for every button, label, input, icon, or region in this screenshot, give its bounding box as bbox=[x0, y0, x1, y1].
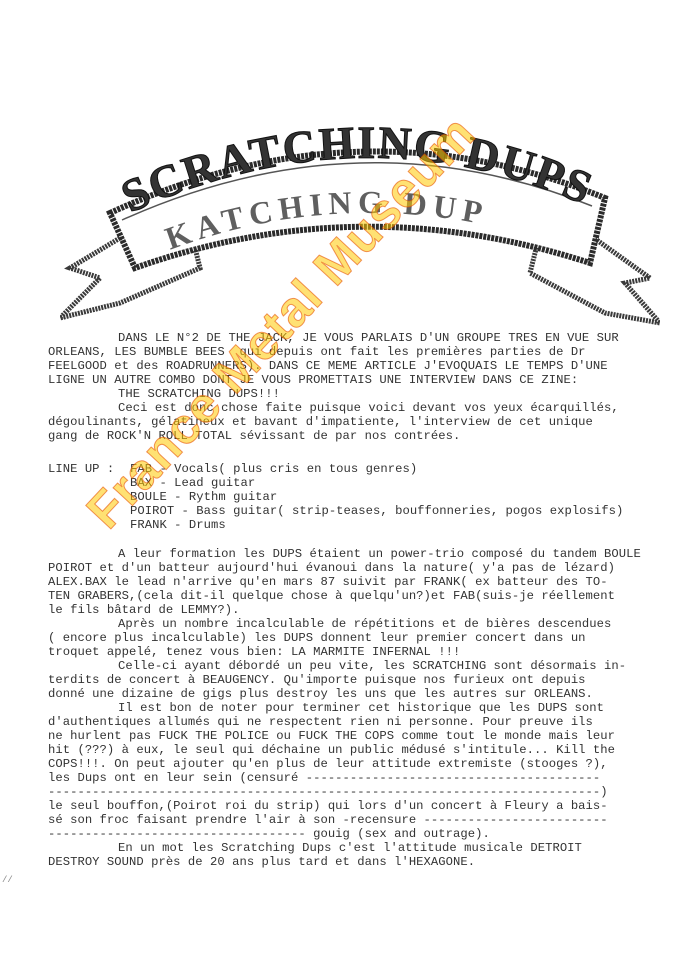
history-line: ( encore plus incalculable) les DUPS don… bbox=[48, 631, 586, 645]
intro-line: LIGNE UN AUTRE COMBO DONT JE VOUS PROMET… bbox=[48, 373, 578, 387]
history-line: ----------------------------------------… bbox=[48, 785, 608, 799]
history-line: TEN GRABERS,(cela dit-il quelque chose à… bbox=[48, 589, 615, 603]
history-line: terdits de concert à BEAUGENCY. Qu'impor… bbox=[48, 673, 586, 687]
history-line: donné une dizaine de gigs plus destroy l… bbox=[48, 687, 593, 701]
history-line: DESTROY SOUND près de 20 ans plus tard e… bbox=[48, 855, 475, 869]
intro-line: gang de ROCK'N ROLL TOTAL sévissant de p… bbox=[48, 429, 460, 443]
scratching-dups-ribbon-logo: SCRATCHING DUPS KATCHING DUP bbox=[60, 118, 660, 328]
margin-mark: // bbox=[2, 875, 13, 885]
intro-line: THE SCRATCHING DUPS!!! bbox=[118, 387, 280, 401]
history-line: ALEX.BAX le lead n'arrive qu'en mars 87 … bbox=[48, 575, 608, 589]
intro-line: ORLEANS, LES BUMBLE BEES qui depuis ont … bbox=[48, 345, 586, 359]
history-line: ----------------------------------- goui… bbox=[48, 827, 490, 841]
history-line: hit (???) à eux, le seul qui déchaine un… bbox=[48, 743, 615, 757]
intro-line: dégoulinants, gélatineux et bavant d'imp… bbox=[48, 415, 593, 429]
zine-page: SCRATCHING DUPS KATCHING DUP DANS LE N°2… bbox=[0, 0, 700, 980]
history-line: le fils bâtard de LEMMY?). bbox=[48, 603, 239, 617]
lineup-member: BOULE - Rythm guitar bbox=[130, 490, 277, 504]
history-line: ne hurlent pas FUCK THE POLICE ou FUCK T… bbox=[48, 729, 615, 743]
lineup-member: FRANK - Drums bbox=[130, 518, 226, 532]
history-line: le seul bouffon,(Poirot roi du strip) qu… bbox=[48, 799, 608, 813]
history-line: A leur formation les DUPS étaient un pow… bbox=[118, 547, 641, 561]
history-line: POIROT et d'un batteur aujourd'hui évano… bbox=[48, 561, 615, 575]
lineup-member: POIROT - Bass guitar( strip-teases, bouf… bbox=[130, 504, 623, 518]
history-line: Celle-ci ayant débordé un peu vite, les … bbox=[118, 659, 626, 673]
history-line: Après un nombre incalculable de répétiti… bbox=[118, 617, 611, 631]
history-line: troquet appelé, tenez vous bien: LA MARM… bbox=[48, 645, 460, 659]
history-line: d'authentiques allumés qui ne respectent… bbox=[48, 715, 593, 729]
history-line: Il est bon de noter pour terminer cet hi… bbox=[118, 701, 604, 715]
history-line: COPS!!!. On peut ajouter qu'en plus de l… bbox=[48, 757, 608, 771]
intro-line: Ceci est donc chose faite puisque voici … bbox=[118, 401, 619, 415]
history-line: les Dups ont en leur sein (censuré -----… bbox=[48, 771, 600, 785]
intro-line: DANS LE N°2 DE THE JACK, JE VOUS PARLAIS… bbox=[118, 331, 619, 345]
lineup-label: LINE UP : bbox=[48, 462, 122, 476]
lineup-member: FAB - Vocals( plus cris en tous genres) bbox=[130, 462, 417, 476]
history-line: sé son froc faisant prendre l'air à son … bbox=[48, 813, 608, 827]
history-line: En un mot les Scratching Dups c'est l'at… bbox=[118, 841, 582, 855]
lineup-member: BAX - Lead guitar bbox=[130, 476, 255, 490]
intro-line: FEELGOOD et des ROADRUNNERS). DANS CE ME… bbox=[48, 359, 608, 373]
